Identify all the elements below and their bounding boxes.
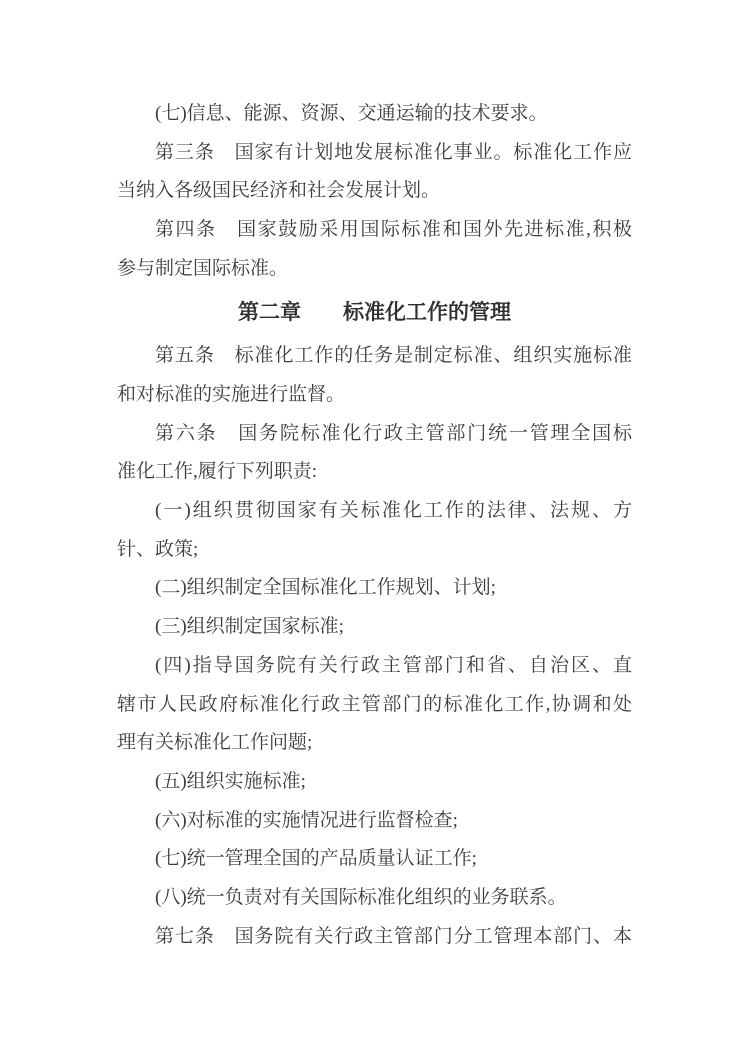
document-line: 第六条 国务院标准化行政主管部门统一管理全国标 bbox=[117, 415, 632, 454]
chapter-heading: 第二章 标准化工作的管理 bbox=[117, 293, 632, 332]
document-line: (五)组织实施标准; bbox=[117, 763, 632, 802]
document-line: (八)统一负责对有关国际标准化组织的业务联系。 bbox=[117, 879, 632, 918]
document-line: 第五条 标准化工作的任务是制定标准、组织实施标准 bbox=[117, 337, 632, 376]
document-line: 第四条 国家鼓励采用国际标准和国外先进标准,积极 bbox=[117, 211, 632, 250]
document-line: (六)对标准的实施情况进行监督检查; bbox=[117, 802, 632, 841]
document-line: 第七条 国务院有关行政主管部门分工管理本部门、本 bbox=[117, 918, 632, 957]
document-line: (四)指导国务院有关行政主管部门和省、自治区、直 bbox=[117, 647, 632, 686]
document-line: 针、政策; bbox=[117, 531, 632, 570]
document-page: (七)信息、能源、资源、交通运输的技术要求。 第三条 国家有计划地发展标准化事业… bbox=[117, 95, 632, 956]
document-line: (七)信息、能源、资源、交通运输的技术要求。 bbox=[117, 95, 632, 134]
document-line: 参与制定国际标准。 bbox=[117, 250, 632, 289]
document-line: (七)统一管理全国的产品质量认证工作; bbox=[117, 840, 632, 879]
document-line: 当纳入各级国民经济和社会发展计划。 bbox=[117, 172, 632, 211]
document-line: 第三条 国家有计划地发展标准化事业。标准化工作应 bbox=[117, 134, 632, 173]
document-line: 准化工作,履行下列职责: bbox=[117, 453, 632, 492]
document-line: (三)组织制定国家标准; bbox=[117, 608, 632, 647]
document-line: 辖市人民政府标准化行政主管部门的标准化工作,协调和处 bbox=[117, 686, 632, 725]
document-line: 理有关标准化工作问题; bbox=[117, 724, 632, 763]
document-line: 和对标准的实施进行监督。 bbox=[117, 376, 632, 415]
document-line: (二)组织制定全国标准化工作规划、计划; bbox=[117, 569, 632, 608]
document-line: (一)组织贯彻国家有关标准化工作的法律、法规、方 bbox=[117, 492, 632, 531]
